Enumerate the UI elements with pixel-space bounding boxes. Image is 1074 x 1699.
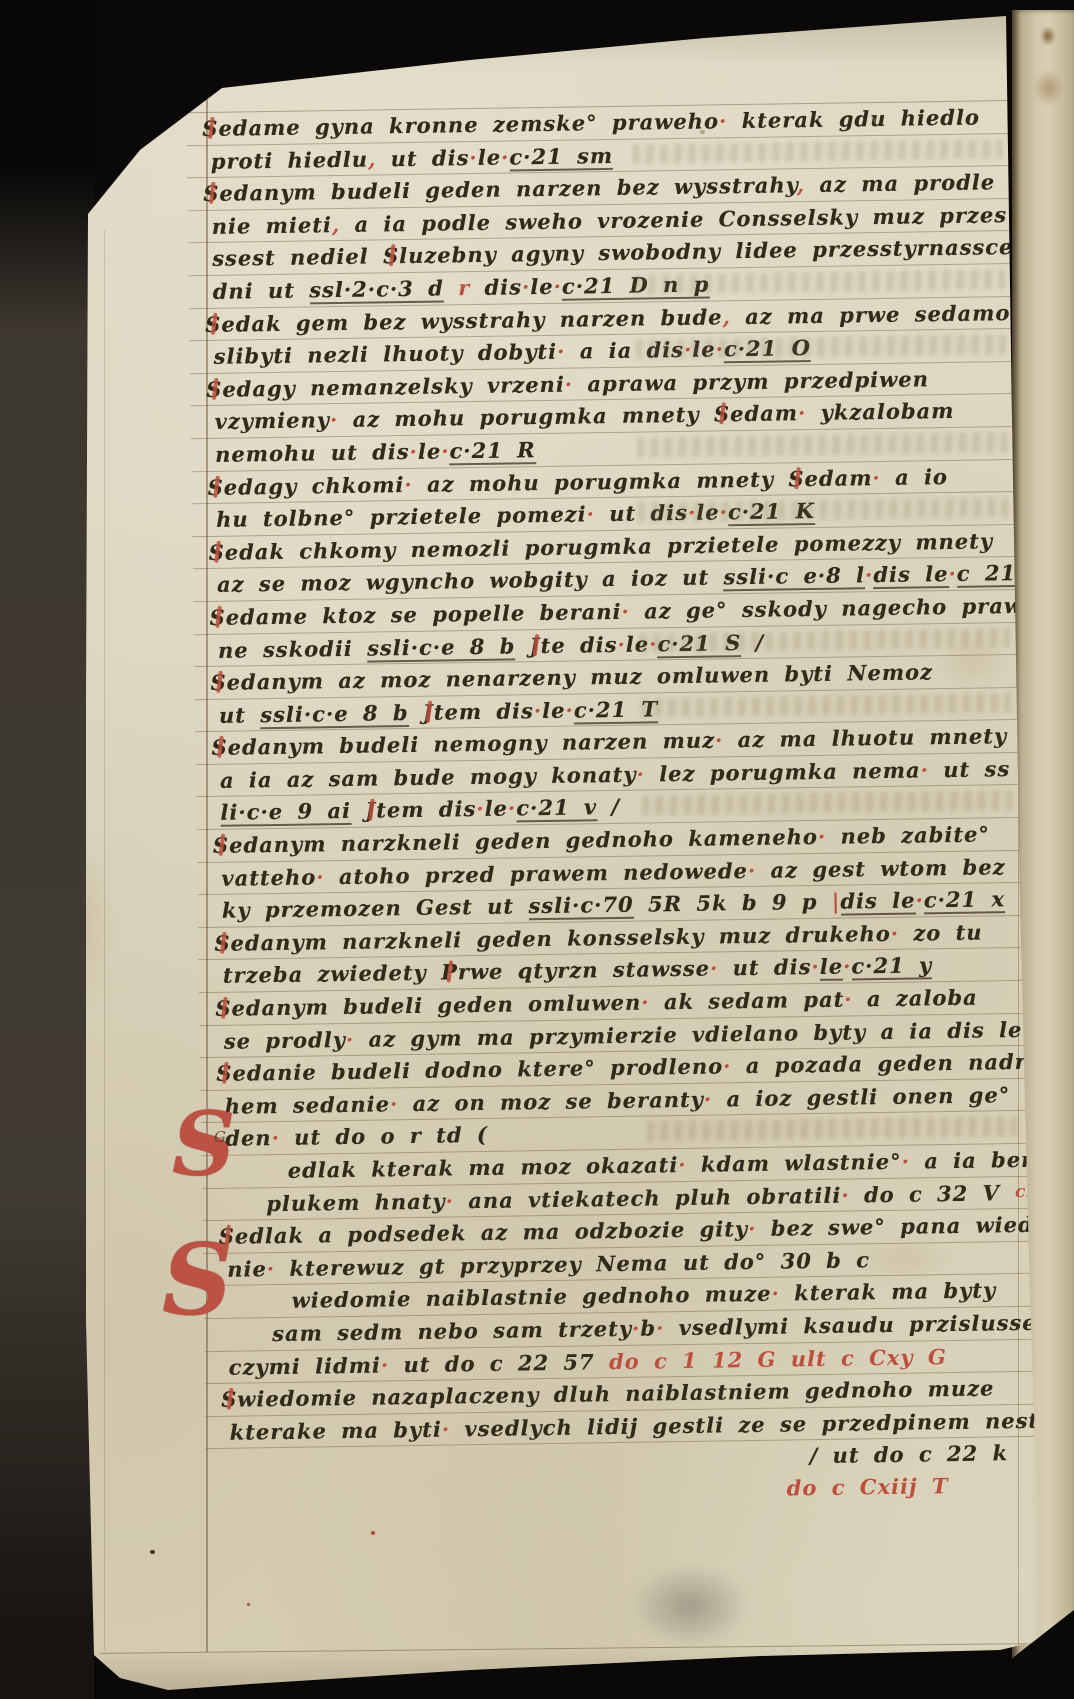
text-segment: edanym budeli geden omluwen bbox=[231, 990, 641, 1021]
text-segment: S bbox=[221, 1387, 238, 1412]
text-segment: S bbox=[205, 311, 222, 336]
text-segment: ut ss bbox=[929, 756, 1011, 782]
text-segment: / ut do c 22 k bbox=[809, 1441, 1008, 1469]
text-segment: az ge° sskody nagecho prawie bbox=[630, 592, 1047, 623]
text-segment: ykzalobam bbox=[806, 398, 954, 425]
stain-speck bbox=[150, 1550, 155, 1554]
stain bbox=[630, 1564, 750, 1648]
text-segment: edagy nemanzelsky vrzeni bbox=[222, 371, 565, 401]
text-segment: ut do o r td ( bbox=[280, 1122, 488, 1150]
large-initial-S-1: S bbox=[172, 1106, 236, 1183]
text-segment: le bbox=[530, 274, 554, 299]
text-segment: ana vtiekatech pluh obratili bbox=[454, 1182, 842, 1213]
text-segment: dni ut bbox=[213, 277, 310, 303]
text-segment: kterake ma byti bbox=[229, 1416, 442, 1444]
text-segment: rwe qtyrzn stawsse bbox=[458, 956, 711, 985]
text-segment: proti hiedlu bbox=[211, 146, 369, 173]
text-segment: edlak kterak ma moz okazati bbox=[288, 1152, 679, 1183]
text-segment: nie mieti bbox=[212, 212, 333, 239]
text-segment: ssest nediel bbox=[212, 244, 383, 272]
text-segment: hu tolbne° przietele pomezi bbox=[216, 501, 587, 531]
text-segment: c·21 sm bbox=[509, 143, 613, 172]
text-segment: ssli·c·70 bbox=[528, 892, 634, 921]
text-segment: / bbox=[741, 629, 764, 654]
text-segment: ne sskodii bbox=[218, 635, 367, 662]
text-segment: ssli·c e·8 l bbox=[723, 563, 865, 592]
text-segment: S bbox=[383, 243, 400, 268]
text-segment: edanym narzkneli geden gednoho kameneho bbox=[229, 824, 818, 858]
text-segment: S bbox=[202, 116, 219, 141]
text-segment: sam sedm nebo sam trzety bbox=[272, 1316, 632, 1346]
text-segment: edam bbox=[804, 465, 872, 491]
text-segment: c·21 v bbox=[516, 795, 597, 823]
text-segment: c·21 S bbox=[657, 630, 741, 658]
text-segment: S bbox=[207, 474, 224, 499]
text-segment: dis bbox=[470, 274, 522, 300]
text-segment: kterewuz gt przyprzey Nema ut do° 30 b c bbox=[275, 1247, 870, 1281]
text-segment: az ma prodle bbox=[805, 169, 995, 197]
text-segment: ut dis bbox=[595, 500, 688, 526]
text-segment: vatteho bbox=[221, 864, 316, 890]
text-segment: dis le bbox=[873, 561, 949, 589]
text-segment: le bbox=[418, 438, 442, 463]
text-segment: tem dis bbox=[434, 698, 534, 724]
text-segment: edanym budeli geden narzen bez wysstrahy bbox=[219, 172, 797, 206]
text-segment: az ma lhuotu mnety bbox=[723, 723, 1007, 752]
text-segment: J bbox=[423, 699, 434, 724]
text-segment: edam bbox=[730, 401, 798, 427]
text-segment: do c 32 V bbox=[849, 1180, 1000, 1207]
text-segment: ut dis bbox=[376, 145, 469, 171]
text-segment: le bbox=[820, 954, 844, 981]
text-segment: nemohu ut dis bbox=[215, 439, 410, 467]
text-segment: J bbox=[530, 633, 541, 658]
text-segment: c·21 K bbox=[728, 498, 815, 526]
text-segment: az ma prwe sedamo bbox=[731, 300, 1011, 329]
text-segment: · bbox=[678, 1152, 687, 1177]
text-segment: az mohu porugmka mnety bbox=[413, 466, 789, 497]
text-segment: edlak a podsedek az ma odzbozie gity bbox=[235, 1216, 749, 1249]
text-segment: aprawa przym przedpiwen bbox=[573, 366, 929, 396]
text-segment: le bbox=[696, 500, 720, 525]
text-segment: ssli·c·e 8 b bbox=[260, 700, 409, 729]
text-segment: · bbox=[636, 761, 645, 786]
page-crease bbox=[104, 230, 105, 1650]
text-segment bbox=[351, 798, 366, 823]
text-segment: S bbox=[714, 402, 731, 427]
text-segment: edak gem bez wysstrahy narzen bude bbox=[221, 304, 723, 336]
manuscript-photo: Sedame gyna kronne zemske° praweho· kter… bbox=[0, 0, 1074, 1699]
text-segment: le bbox=[692, 337, 716, 362]
text-segment: atoho przed prawem nedowede bbox=[324, 858, 748, 889]
text-block: Sedame gyna kronne zemske° praweho· kter… bbox=[186, 100, 1049, 1513]
text-segment: edanym budeli nemogny narzen muz bbox=[227, 728, 715, 760]
text-segment: · bbox=[948, 561, 957, 586]
text-segment: a ia dis bbox=[565, 337, 684, 364]
text-segment: · bbox=[501, 144, 510, 169]
text-segment: | bbox=[832, 889, 841, 914]
text-segment: S bbox=[206, 376, 223, 401]
text-segment bbox=[408, 699, 423, 724]
text-segment: az se moz wgyncho wobgity a ioz ut bbox=[217, 565, 724, 598]
text-segment: te dis bbox=[540, 631, 617, 657]
text-segment: · bbox=[719, 499, 728, 524]
text-segment: li·c·e 9 ai bbox=[220, 798, 351, 827]
text-segment: a ia podle sweho vrozenie Consselsky muz… bbox=[340, 202, 1007, 237]
text-segment: · bbox=[843, 954, 852, 979]
text-segment: edanym narzkneli geden konsselsky muz dr… bbox=[230, 921, 891, 956]
text-segment: c·21 O bbox=[724, 335, 811, 363]
text-segment: nie bbox=[227, 1256, 267, 1282]
text-segment: plukem hnaty bbox=[266, 1188, 446, 1216]
text-segment: · bbox=[508, 796, 517, 821]
text-segment: kdam wlastnie° bbox=[686, 1149, 901, 1177]
text-segment: ssli·c·e 8 b bbox=[367, 633, 516, 662]
text-segment: se prodly bbox=[224, 1027, 346, 1054]
text-segment: lez porugmka nema bbox=[645, 757, 921, 786]
text-segment: edagy chkomi bbox=[224, 472, 405, 500]
text-segment: ut bbox=[219, 702, 261, 728]
text-segment: vsedlymi ksaudu przislussegi bbox=[664, 1309, 1061, 1340]
text-segment: c·21 D n p bbox=[562, 271, 710, 300]
text-segment: a io bbox=[881, 464, 949, 490]
text-segment: · bbox=[891, 921, 900, 946]
text-segment: az mohu porugmka mnety bbox=[338, 402, 714, 433]
text-segment: zo tu bbox=[899, 919, 983, 945]
text-segment: neb zabite° bbox=[826, 821, 990, 848]
text-segment: le bbox=[484, 796, 508, 821]
text-segment: bez swe° pana wied bbox=[756, 1212, 1034, 1241]
text-segment bbox=[444, 275, 459, 300]
text-segment: do c Cxiij T bbox=[787, 1473, 949, 1500]
text-segment: P bbox=[441, 960, 458, 985]
text-segment: edame ktoz se popelle berani bbox=[226, 599, 622, 630]
text-segment: a ia az sam bude mogy konaty bbox=[220, 762, 637, 793]
text-segment: c·21 y bbox=[851, 953, 932, 981]
text-segment: le bbox=[626, 631, 650, 656]
text-segment: a ia berz bbox=[910, 1147, 1047, 1174]
text-segment: ky przemozen Gest ut bbox=[222, 894, 529, 924]
text-segment: dis le bbox=[840, 888, 916, 916]
text-segment: ut do c 22 57 bbox=[389, 1349, 609, 1377]
text-segment: vsedlych lidij gestli ze se przedpinem n… bbox=[450, 1407, 1074, 1441]
text-segment: S bbox=[211, 735, 228, 760]
text-segment: S bbox=[213, 833, 230, 858]
text-segment: b bbox=[640, 1315, 656, 1340]
text-segment: edanym az moz nenarzeny muz omluwen byti… bbox=[226, 659, 933, 694]
text-segment: a zaloba bbox=[852, 985, 977, 1012]
text-segment: c·21 R bbox=[449, 437, 535, 465]
text-segment: S bbox=[208, 539, 225, 564]
text-segment: tem dis bbox=[376, 796, 476, 822]
text-segment: S bbox=[216, 1061, 233, 1086]
text-segment: kterak ma byty bbox=[780, 1278, 997, 1306]
guide-letter: G bbox=[214, 1128, 226, 1146]
text-segment: le bbox=[542, 697, 566, 722]
text-segment: le bbox=[478, 144, 502, 169]
text-segment: slibyti nezli lhuoty dobyti bbox=[213, 339, 557, 369]
text-segment: · bbox=[271, 1125, 280, 1150]
text-segment: ssl·2·c·3 d bbox=[309, 275, 444, 304]
binding-gutter-shadow bbox=[0, 0, 94, 1699]
text-segment: · bbox=[811, 954, 820, 979]
text-segment: S bbox=[210, 670, 227, 695]
text-segment: az gest wtom bez pra bbox=[756, 853, 1062, 883]
text-segment: r bbox=[458, 275, 470, 300]
text-segment: edame gyna kronne zemske° praweho bbox=[218, 108, 719, 140]
text-segment: S bbox=[788, 466, 805, 491]
text-segment: czymi lidmi bbox=[228, 1352, 381, 1379]
text-segment: az on moz se beranty bbox=[398, 1086, 704, 1116]
bottom-margin-rule bbox=[100, 1643, 1038, 1654]
text-segment: a pozada geden nadru bbox=[731, 1049, 1043, 1079]
text-segment: S bbox=[203, 181, 220, 206]
parchment-page: Sedame gyna kronne zemske° praweho· kter… bbox=[0, 0, 1074, 1699]
text-segment: J bbox=[365, 798, 376, 823]
text-segment: edanie budeli dodno ktere° prodleno bbox=[232, 1054, 723, 1086]
text-segment: c·21 x bbox=[924, 886, 1006, 914]
text-segment: / bbox=[597, 794, 620, 819]
text-segment: do c 1 12 G ult c Cxy G bbox=[609, 1344, 947, 1374]
text-segment: · bbox=[748, 858, 757, 883]
text-segment: c·21 T bbox=[574, 696, 659, 724]
text-segment: vzymieny bbox=[214, 407, 330, 434]
text-segment: luzebny agyny swobodny lidee przesstyrna… bbox=[399, 234, 1014, 268]
text-segment: ak sedam pat bbox=[649, 987, 844, 1015]
text-segment: S bbox=[215, 996, 232, 1021]
stain-speck bbox=[371, 1531, 375, 1535]
text-segment: trzeba zwiedety bbox=[223, 960, 442, 988]
text-segment: 5R 5k b 9 p bbox=[634, 889, 832, 917]
text-segment: ut dis bbox=[718, 955, 811, 981]
text-segment: S bbox=[214, 931, 231, 956]
text-segment: wiedomie naiblastnie gednoho muze bbox=[292, 1281, 772, 1313]
large-initial-S-2: S bbox=[162, 1238, 233, 1324]
text-segment: a ioz gestli onen ge° neho bbox=[712, 1081, 1074, 1112]
text-segment: S bbox=[209, 605, 226, 630]
text-segment: · bbox=[565, 697, 574, 722]
text-segment bbox=[515, 633, 530, 658]
text-segment: kterak gdu hiedlo bbox=[727, 104, 980, 133]
stain-speck bbox=[247, 1603, 250, 1606]
text-segment: hem sedanie bbox=[225, 1091, 391, 1118]
